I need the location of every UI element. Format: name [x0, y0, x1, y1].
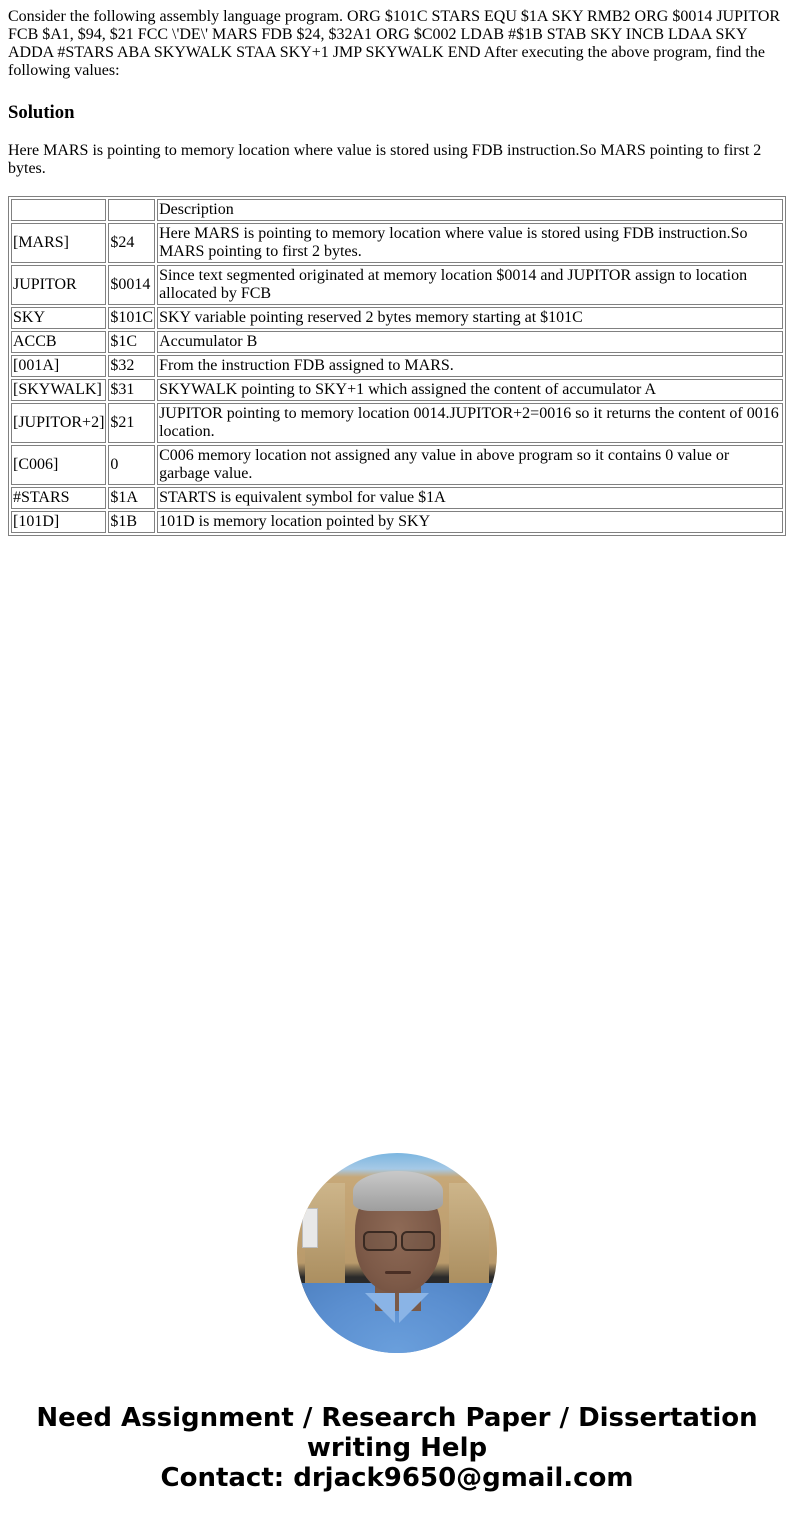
table-row: #STARS $1A STARTS is equivalent symbol f… — [11, 487, 783, 509]
glasses-left-lens — [363, 1231, 397, 1251]
row-value: $1A — [108, 487, 155, 509]
collar-right — [399, 1293, 429, 1323]
background-panel-right — [449, 1183, 489, 1293]
row-value: 0 — [108, 445, 155, 485]
row-description: STARTS is equivalent symbol for value $1… — [157, 487, 783, 509]
table-row: [101D] $1B 101D is memory location point… — [11, 511, 783, 533]
row-description: 101D is memory location pointed by SKY — [157, 511, 783, 533]
table-row: [MARS] $24 Here MARS is pointing to memo… — [11, 223, 783, 263]
answers-table: Description [MARS] $24 Here MARS is poin… — [8, 196, 786, 536]
row-description: Here MARS is pointing to memory location… — [157, 223, 783, 263]
collar-left — [365, 1293, 395, 1323]
table-row: ACCB $1C Accumulator B — [11, 331, 783, 353]
row-item: ACCB — [11, 331, 106, 353]
wall-switch — [302, 1208, 318, 1248]
promo-banner: Need Assignment / Research Paper / Disse… — [0, 1153, 794, 1493]
question-text: Consider the following assembly language… — [8, 8, 786, 80]
promo-text: Need Assignment / Research Paper / Disse… — [0, 1403, 794, 1493]
row-description: SKY variable pointing reserved 2 bytes m… — [157, 307, 783, 329]
row-value: $0014 — [108, 265, 155, 305]
row-description: JUPITOR pointing to memory location 0014… — [157, 403, 783, 443]
row-item: [C006] — [11, 445, 106, 485]
row-value: $1B — [108, 511, 155, 533]
row-item: [001A] — [11, 355, 106, 377]
page-content: Consider the following assembly language… — [0, 0, 794, 536]
table-row: [001A] $32 From the instruction FDB assi… — [11, 355, 783, 377]
table-row: JUPITOR $0014 Since text segmented origi… — [11, 265, 783, 305]
row-description: C006 memory location not assigned any va… — [157, 445, 783, 485]
header-cell-value — [108, 199, 155, 221]
glasses-right-lens — [401, 1231, 435, 1251]
row-item: [MARS] — [11, 223, 106, 263]
header-cell-description: Description — [157, 199, 783, 221]
row-value: $31 — [108, 379, 155, 401]
row-description: Since text segmented originated at memor… — [157, 265, 783, 305]
row-description: From the instruction FDB assigned to MAR… — [157, 355, 783, 377]
row-value: $21 — [108, 403, 155, 443]
row-value: $1C — [108, 331, 155, 353]
promo-line-contact: Contact: drjack9650@gmail.com — [20, 1463, 774, 1493]
table-header-row: Description — [11, 199, 783, 221]
table-row: SKY $101C SKY variable pointing reserved… — [11, 307, 783, 329]
row-item: [JUPITOR+2] — [11, 403, 106, 443]
table-row: [C006] 0 C006 memory location not assign… — [11, 445, 783, 485]
header-cell-item — [11, 199, 106, 221]
row-description: SKYWALK pointing to SKY+1 which assigned… — [157, 379, 783, 401]
row-item: JUPITOR — [11, 265, 106, 305]
promo-line-help: Need Assignment / Research Paper / Disse… — [20, 1403, 774, 1463]
row-item: [SKYWALK] — [11, 379, 106, 401]
row-value: $32 — [108, 355, 155, 377]
row-item: #STARS — [11, 487, 106, 509]
hair — [353, 1171, 443, 1211]
avatar — [297, 1153, 497, 1353]
table-row: [SKYWALK] $31 SKYWALK pointing to SKY+1 … — [11, 379, 783, 401]
solution-intro: Here MARS is pointing to memory location… — [8, 142, 786, 178]
mouth — [385, 1271, 411, 1274]
table-row: [JUPITOR+2] $21 JUPITOR pointing to memo… — [11, 403, 783, 443]
row-item: [101D] — [11, 511, 106, 533]
row-description: Accumulator B — [157, 331, 783, 353]
row-value: $24 — [108, 223, 155, 263]
solution-heading: Solution — [8, 94, 786, 124]
row-value: $101C — [108, 307, 155, 329]
row-item: SKY — [11, 307, 106, 329]
